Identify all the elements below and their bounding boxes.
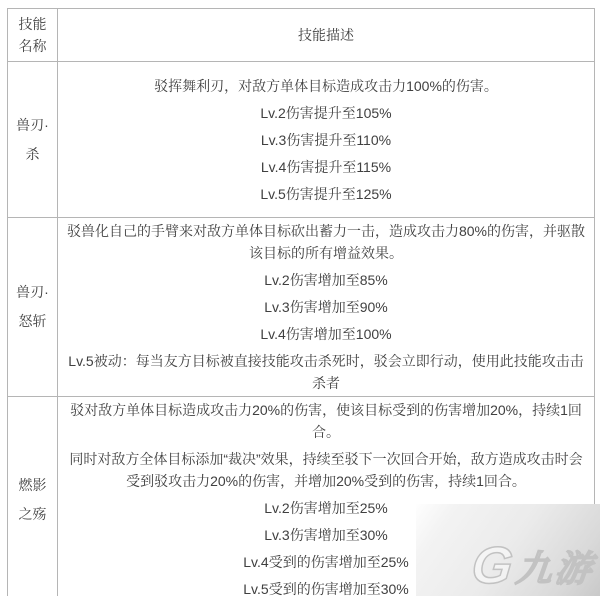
jiuyou-watermark: G 九游 [469,544,596,588]
jiuyou-logo-icon: G [469,544,514,588]
skill-desc-line: Lv.5被动：每当友方目标被直接技能攻击杀死时，驳会立即行动，使用此技能攻击击杀… [64,350,588,394]
header-row: 技能名称 技能描述 [8,9,595,62]
skill-desc-line: 同时对敌方全体目标添加“裁决”效果，持续至驳下一次回合开始，敌方造成攻击时会受到… [64,448,588,492]
skill-desc-line: 驳兽化自己的手臂来对敌方单体目标砍出蓄力一击，造成攻击力80%的伤害，并驱散该目… [64,220,588,264]
skill-name-cell: 燃影之殇 [8,397,58,596]
skill-name-cell: 兽刃·杀 [8,62,58,218]
skill-row: 兽刃·杀驳挥舞利刃，对敌方单体目标造成攻击力100%的伤害。Lv.2伤害提升至1… [8,62,595,218]
skill-desc-line: Lv.5伤害提升至125% [64,183,588,205]
skills-table-header: 技能名称 技能描述 [8,9,595,62]
skill-row: 兽刃·怒斩驳兽化自己的手臂来对敌方单体目标砍出蓄力一击，造成攻击力80%的伤害，… [8,218,595,397]
skill-desc-line: 驳对敌方单体目标造成攻击力20%的伤害，使该目标受到的伤害增加20%，持续1回合… [64,399,588,443]
skill-desc-line: Lv.2伤害提升至105% [64,102,588,124]
watermark-area: G 九游 [416,504,600,596]
skill-desc-cell: 驳挥舞利刃，对敌方单体目标造成攻击力100%的伤害。Lv.2伤害提升至105%L… [58,62,595,218]
skill-desc-line: Lv.2伤害增加至85% [64,269,588,291]
skill-desc-line: Lv.4伤害增加至100% [64,323,588,345]
skill-desc-line: Lv.3伤害提升至110% [64,129,588,151]
page: 技能名称 技能描述 兽刃·杀驳挥舞利刃，对敌方单体目标造成攻击力100%的伤害。… [0,0,600,596]
header-skill-name: 技能名称 [8,9,58,62]
skill-desc-line: Lv.4伤害提升至115% [64,156,588,178]
skill-desc-line: 驳挥舞利刃，对敌方单体目标造成攻击力100%的伤害。 [64,75,588,97]
skill-desc-line: Lv.3伤害增加至90% [64,296,588,318]
jiuyou-logo-text: 九游 [514,550,596,588]
skill-desc-cell: 驳兽化自己的手臂来对敌方单体目标砍出蓄力一击，造成攻击力80%的伤害，并驱散该目… [58,218,595,397]
skill-name-cell: 兽刃·怒斩 [8,218,58,397]
header-skill-desc: 技能描述 [58,9,595,62]
